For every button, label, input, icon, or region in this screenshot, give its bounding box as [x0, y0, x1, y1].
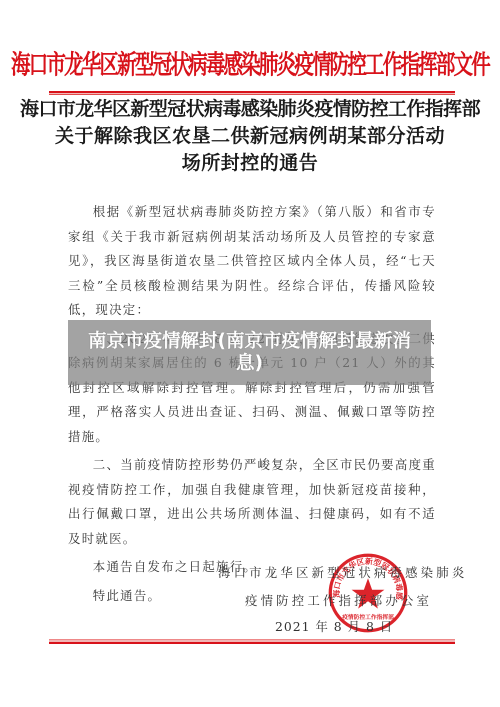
- title-line-1: 海口市龙华区新型冠状病毒感染肺炎疫情防控工作指挥部: [0, 96, 500, 123]
- document-masthead: 海口市龙华区新型冠状病毒感染肺炎疫情防控工作指挥部文件: [0, 44, 500, 82]
- title-line-2: 关于解除我区农垦二供新冠病例胡某部分活动: [0, 123, 500, 150]
- signature-org-line-1: 海口市龙华区新型冠状病毒感染肺炎: [218, 563, 467, 581]
- paragraph-item-2: 二、当前疫情防控形势仍严峻复杂，全区市民仍要高度重视疫情防控工作，加强自我健康管…: [68, 453, 436, 551]
- document-body: 根据《新型冠状病毒肺炎防控方案》（第八版）和省市专家组《关于我市新冠病例胡某活动…: [68, 200, 436, 608]
- caption-banner: 南京市疫情解封(南京市疫情解封最新消息): [68, 320, 431, 385]
- masthead-divider: [49, 91, 455, 95]
- signature-date: 2021 年 8 月 8 日: [275, 617, 393, 635]
- caption-text: 南京市疫情解封(南京市疫情解封最新消息): [85, 331, 415, 375]
- document-title: 海口市龙华区新型冠状病毒感染肺炎疫情防控工作指挥部 关于解除我区农垦二供新冠病例…: [0, 96, 500, 177]
- paragraph-preamble: 根据《新型冠状病毒肺炎防控方案》（第八版）和省市专家组《关于我市新冠病例胡某活动…: [68, 200, 436, 323]
- title-line-3: 场所封控的通告: [0, 150, 500, 177]
- signature-org-line-2: 疫情防控工作指挥部办公室: [245, 591, 432, 609]
- footer-divider: [49, 639, 455, 644]
